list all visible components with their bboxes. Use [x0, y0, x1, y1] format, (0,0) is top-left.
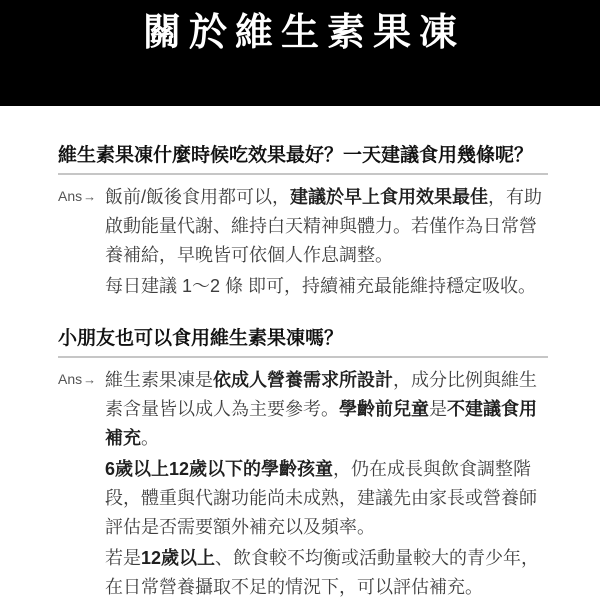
answer-text: 維生素果凍是: [105, 370, 213, 390]
answer-paragraph: 每日建議 1～2 條 即可，持續補充最能維持穩定吸收。: [105, 272, 548, 301]
ans-label-text: Ans: [58, 371, 82, 387]
question-divider: [58, 356, 548, 358]
faq-section: 維生素果凍什麼時候吃效果最好？一天建議食用幾條呢？ Ans→ 飯前/飯後食用都可…: [0, 142, 600, 600]
answer-text-bold: 建議於早上食用效果最佳: [290, 187, 488, 207]
ans-label: Ans→: [58, 183, 105, 303]
answer-text: 是: [429, 399, 447, 419]
answer-paragraph: 維生素果凍是依成人營養需求所設計，成分比例與維生素含量皆以成人為主要參考。學齡前…: [105, 366, 548, 453]
answer-text-bold: 6歲以上12歲以下的學齡孩童: [105, 459, 333, 479]
arrow-right-icon: →: [83, 189, 96, 204]
answer-row: Ans→ 維生素果凍是依成人營養需求所設計，成分比例與維生素含量皆以成人為主要參…: [58, 366, 548, 600]
page-title: 關於維生素果凍: [0, 0, 600, 56]
answer-body: 飯前/飯後食用都可以，建議於早上食用效果最佳，有助啟動能量代謝、維持白天精神與體…: [105, 183, 548, 303]
faq-item-children: 小朋友也可以食用維生素果凍嗎？ Ans→ 維生素果凍是依成人營養需求所設計，成分…: [58, 325, 548, 600]
question-title: 小朋友也可以食用維生素果凍嗎？: [58, 325, 548, 352]
answer-text-bold: 學齡前兒童: [339, 399, 429, 419]
answer-text: 。: [141, 428, 159, 448]
faq-item-timing: 維生素果凍什麼時候吃效果最好？一天建議食用幾條呢？ Ans→ 飯前/飯後食用都可…: [58, 142, 548, 303]
answer-text: 每日建議 1～2 條 即可，持續補充最能維持穩定吸收。: [105, 276, 536, 296]
answer-paragraph: 若是12歲以上、飲食較不均衡或活動量較大的青少年，在日常營養攝取不足的情況下，可…: [105, 544, 548, 600]
ans-label: Ans→: [58, 366, 105, 600]
answer-body: 維生素果凍是依成人營養需求所設計，成分比例與維生素含量皆以成人為主要參考。學齡前…: [105, 366, 548, 600]
answer-paragraph: 6歲以上12歲以下的學齡孩童，仍在成長與飲食調整階段，體重與代謝功能尚未成熟，建…: [105, 455, 548, 542]
question-divider: [58, 173, 548, 175]
page-header: 關於維生素果凍: [0, 0, 600, 106]
arrow-right-icon: →: [83, 372, 96, 387]
answer-text-bold: 依成人營養需求所設計: [213, 370, 393, 390]
answer-row: Ans→ 飯前/飯後食用都可以，建議於早上食用效果最佳，有助啟動能量代謝、維持白…: [58, 183, 548, 303]
answer-paragraph: 飯前/飯後食用都可以，建議於早上食用效果最佳，有助啟動能量代謝、維持白天精神與體…: [105, 183, 548, 270]
ans-label-text: Ans: [58, 188, 82, 204]
answer-text: 若是: [105, 548, 141, 568]
answer-text-bold: 12歲以上: [141, 548, 215, 568]
question-title: 維生素果凍什麼時候吃效果最好？一天建議食用幾條呢？: [58, 142, 548, 169]
answer-text: 飯前/飯後食用都可以，: [105, 187, 290, 207]
